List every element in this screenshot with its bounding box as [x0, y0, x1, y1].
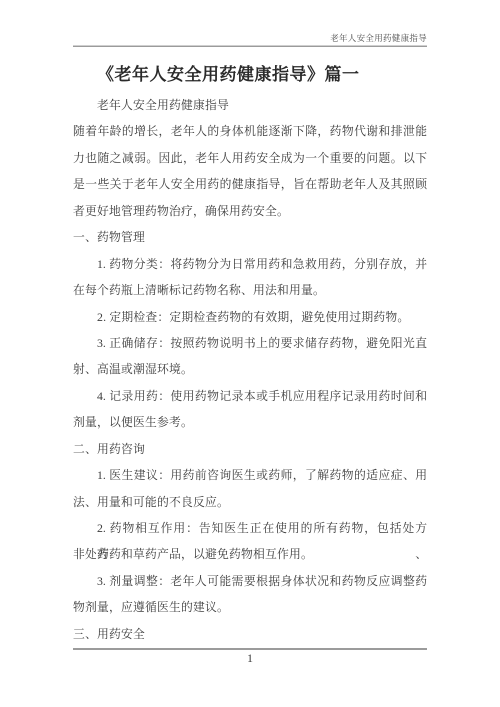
paragraph-line: 者更好地管理药物治疗，确保用药安全。: [73, 198, 427, 224]
list-item-line: 3. 剂量调整：老年人可能需要根据身体状况和药物反应调整药: [73, 568, 427, 594]
list-item-line: 1. 医生建议：用药前咨询医生或药师，了解药物的适应症、用: [73, 462, 427, 488]
list-item-line: 4. 记录用药：使用药物记录本或手机应用程序记录用药时间和: [73, 383, 427, 409]
list-item-line: 2. 药物相互作用：告知医生正在使用的所有药物，包括处方药、: [73, 515, 427, 541]
document-body: 老年人安全用药健康指导 随着年龄的增长，老年人的身体机能逐渐下降，药物代谢和排泄…: [73, 92, 427, 647]
page-header-text: 老年人安全用药健康指导: [330, 32, 427, 44]
header-rule: [73, 45, 427, 47]
paragraph-line: 随着年龄的增长，老年人的身体机能逐渐下降，药物代谢和排泄能: [73, 118, 427, 144]
paragraph-line: 剂量，以便医生参考。: [73, 409, 427, 435]
page-number: 1: [0, 650, 500, 666]
list-item-line: 2. 定期检查：定期检查药物的有效期，避免使用过期药物。: [73, 304, 427, 330]
document-page: 老年人安全用药健康指导 《老年人安全用药健康指导》篇一 老年人安全用药健康指导 …: [0, 0, 500, 707]
paragraph-line: 法、用量和可能的不良反应。: [73, 489, 427, 515]
paragraph-line: 力也随之减弱。因此，老年人用药安全成为一个重要的问题。以下: [73, 145, 427, 171]
section-heading: 三、用药安全: [73, 621, 427, 647]
document-title: 《老年人安全用药健康指导》篇一: [97, 60, 360, 85]
list-item-line: 3. 正确储存：按照药物说明书上的要求储存药物，避免阳光直: [73, 330, 427, 356]
paragraph-line: 在每个药瓶上清晰标记药物名称、用法和用量。: [73, 277, 427, 303]
section-heading: 一、药物管理: [73, 224, 427, 250]
list-item-line: 1. 药物分类：将药物分为日常用药和急救用药，分别存放，并: [73, 251, 427, 277]
paragraph-line: 射、高温或潮湿环境。: [73, 356, 427, 382]
section-heading: 二、用药咨询: [73, 436, 427, 462]
paragraph-line: 物剂量，应遵循医生的建议。: [73, 594, 427, 620]
paragraph-line: 老年人安全用药健康指导: [73, 92, 427, 118]
paragraph-line: 是一些关于老年人安全用药的健康指导，旨在帮助老年人及其照顾: [73, 171, 427, 197]
